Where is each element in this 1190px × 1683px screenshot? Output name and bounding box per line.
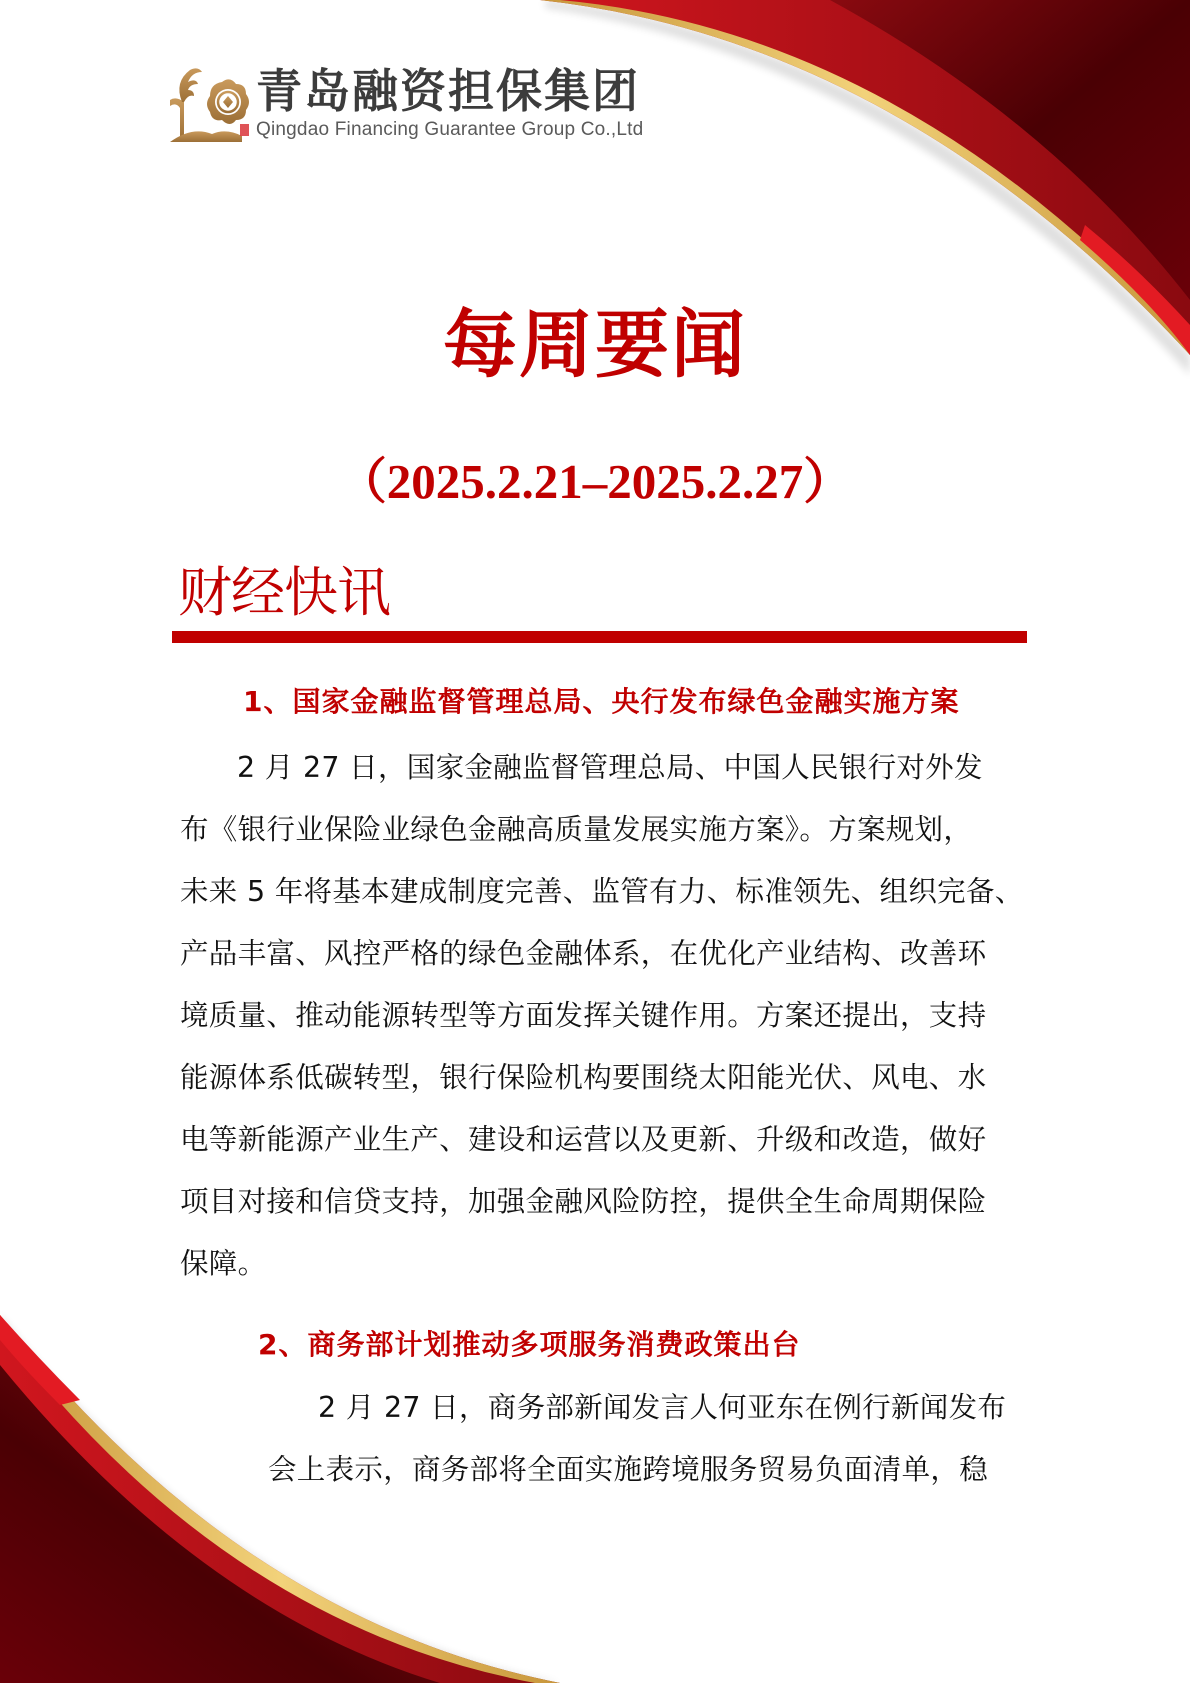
body-line: 未来 5 年将基本建成制度完善、监管有力、标准领先、组织完备、 bbox=[180, 861, 1010, 923]
article-body: 2 月 27 日，商务部新闻发言人何亚东在例行新闻发布 会上表示，商务部将全面实… bbox=[180, 1377, 1010, 1501]
body-line: 产品丰富、风控严格的绿色金融体系，在优化产业结构、改善环 bbox=[180, 923, 1010, 985]
date-range: （2025.2.21–2025.2.27） bbox=[0, 452, 1190, 512]
body-line: 能源体系低碳转型，银行保险机构要围绕太阳能光伏、风电、水 bbox=[180, 1047, 1010, 1109]
body-line: 境质量、推动能源转型等方面发挥关键作用。方案还提出，支持 bbox=[180, 985, 1010, 1047]
article-body: 2 月 27 日，国家金融监督管理总局、中国人民银行对外发 布《银行业保险业绿色… bbox=[180, 737, 1010, 1295]
body-line: 项目对接和信贷支持，加强金融风险防控，提供全生命周期保险 bbox=[180, 1171, 1010, 1233]
section-title: 财经快讯 bbox=[178, 560, 390, 626]
article-heading: 1、国家金融监督管理总局、央行发布绿色金融实施方案 bbox=[243, 684, 960, 720]
body-line: 电等新能源产业生产、建设和运营以及更新、升级和改造，做好 bbox=[180, 1109, 1010, 1171]
body-line: 保障。 bbox=[180, 1233, 1010, 1295]
body-line: 布《银行业保险业绿色金融高质量发展实施方案》。方案规划， bbox=[180, 799, 1010, 861]
company-logo: 青岛融资担保集团 Qingdao Financing Guarantee Gro… bbox=[162, 62, 643, 144]
body-line: 2 月 27 日，商务部新闻发言人何亚东在例行新闻发布 bbox=[180, 1377, 1010, 1439]
section-divider bbox=[172, 631, 1027, 643]
body-line: 2 月 27 日，国家金融监督管理总局、中国人民银行对外发 bbox=[180, 737, 1010, 799]
company-name-en: Qingdao Financing Guarantee Group Co.,Lt… bbox=[256, 119, 643, 141]
article-heading: 2、商务部计划推动多项服务消费政策出台 bbox=[258, 1327, 801, 1363]
company-name-cn: 青岛融资担保集团 bbox=[256, 65, 643, 117]
body-line: 会上表示，商务部将全面实施跨境服务贸易负面清单，稳 bbox=[180, 1439, 1010, 1501]
coin-flower-tree-logo-icon bbox=[162, 62, 252, 144]
page-title: 每周要闻 bbox=[0, 300, 1190, 390]
